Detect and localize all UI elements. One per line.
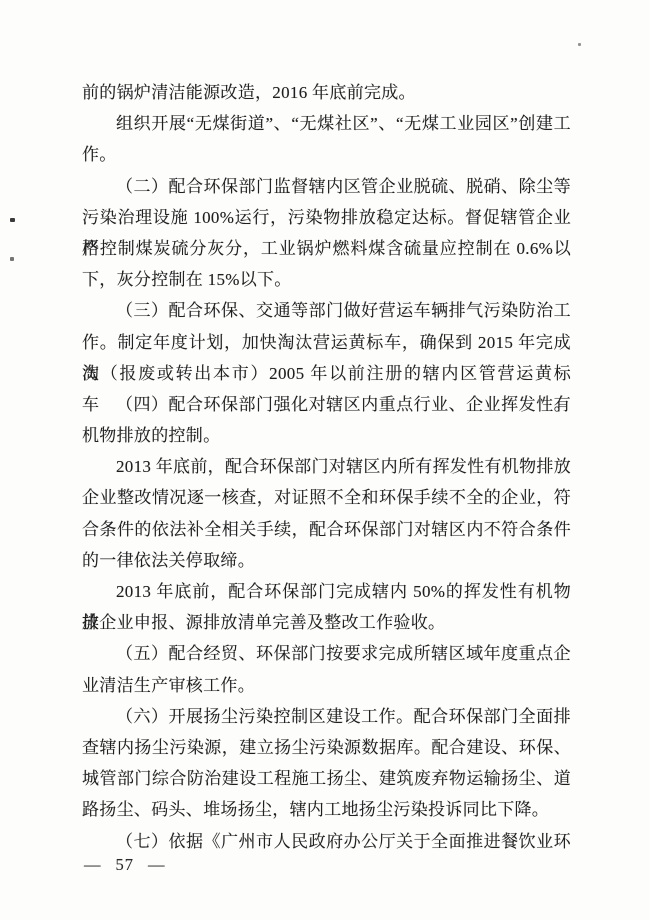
text-line: （三）配合环保、交通等部门做好营运车辆排气污染防治工 — [82, 295, 571, 326]
text-line: 企业整改情况逐一核查，对证照不全和环保手续不全的企业，符 — [82, 482, 571, 513]
scan-speck — [10, 218, 15, 222]
text-line: 2013 年底前，配合环保部门对辖区内所有挥发性有机物排放 — [82, 451, 571, 482]
text-line: （五）配合经贸、环保部门按要求完成所辖区域年度重点企 — [82, 638, 571, 669]
text-line: 路扬尘、码头、堆场扬尘，辖内工地扬尘污染投诉同比下降。 — [82, 794, 571, 825]
text-line: 的一律依法关停取缔。 — [82, 545, 571, 576]
text-line: 污染治理设施 100%运行，污染物排放稳定达标。督促辖管企业严 — [82, 202, 571, 233]
text-line: 机物排放的控制。 — [82, 420, 571, 451]
footer-right-dash: — — [148, 855, 166, 875]
text-line: （七）依据《广州市人民政府办公厅关于全面推进餐饮业环 — [82, 826, 571, 857]
text-line: 放企业申报、源排放清单完善及整改工作验收。 — [82, 607, 571, 638]
text-line: 查辖内扬尘污染源，建立扬尘污染源数据库。配合建设、环保、 — [82, 732, 571, 763]
scan-speck — [10, 257, 14, 261]
page-number-value: 57 — [116, 855, 135, 875]
text-line: （二）配合环保部门监督辖内区管企业脱硫、脱硝、除尘等 — [82, 171, 571, 202]
text-line: 合条件的依法补全相关手续，配合环保部门对辖区内不符合条件 — [82, 514, 571, 545]
text-line: 城管部门综合防治建设工程施工扬尘、建筑废弃物运输扬尘、道 — [82, 763, 571, 794]
text-line: 组织开展“无煤街道”、“无煤社区”、“无煤工业园区”创建工 — [82, 108, 571, 139]
text-line: 前的锅炉清洁能源改造，2016 年底前完成。 — [82, 77, 571, 108]
scan-speck — [578, 43, 581, 46]
document-body: 前的锅炉清洁能源改造，2016 年底前完成。组织开展“无煤街道”、“无煤社区”、… — [82, 77, 571, 857]
document-page: 前的锅炉清洁能源改造，2016 年底前完成。组织开展“无煤街道”、“无煤社区”、… — [0, 0, 650, 920]
text-line: 格控制煤炭硫分灰分，工业锅炉燃料煤含硫量应控制在 0.6%以 — [82, 233, 571, 264]
text-line: 作。制定年度计划，加快淘汰营运黄标车，确保到 2015 年完成淘 — [82, 327, 571, 358]
footer-left-dash: — — [84, 855, 102, 875]
text-line: 汰（报废或转出本市）2005 年以前注册的辖内区管营运黄标车。 — [82, 358, 571, 389]
text-line: 下，灰分控制在 15%以下。 — [82, 264, 571, 295]
text-line: 业清洁生产审核工作。 — [82, 670, 571, 701]
text-line: 作。 — [82, 139, 571, 170]
text-line: 2013 年底前，配合环保部门完成辖内 50%的挥发性有机物排 — [82, 576, 571, 607]
text-line: （六）开展扬尘污染控制区建设工作。配合环保部门全面排 — [82, 701, 571, 732]
text-line: （四）配合环保部门强化对辖区内重点行业、企业挥发性有 — [82, 389, 571, 420]
page-footer: — 57 — — [84, 855, 166, 875]
